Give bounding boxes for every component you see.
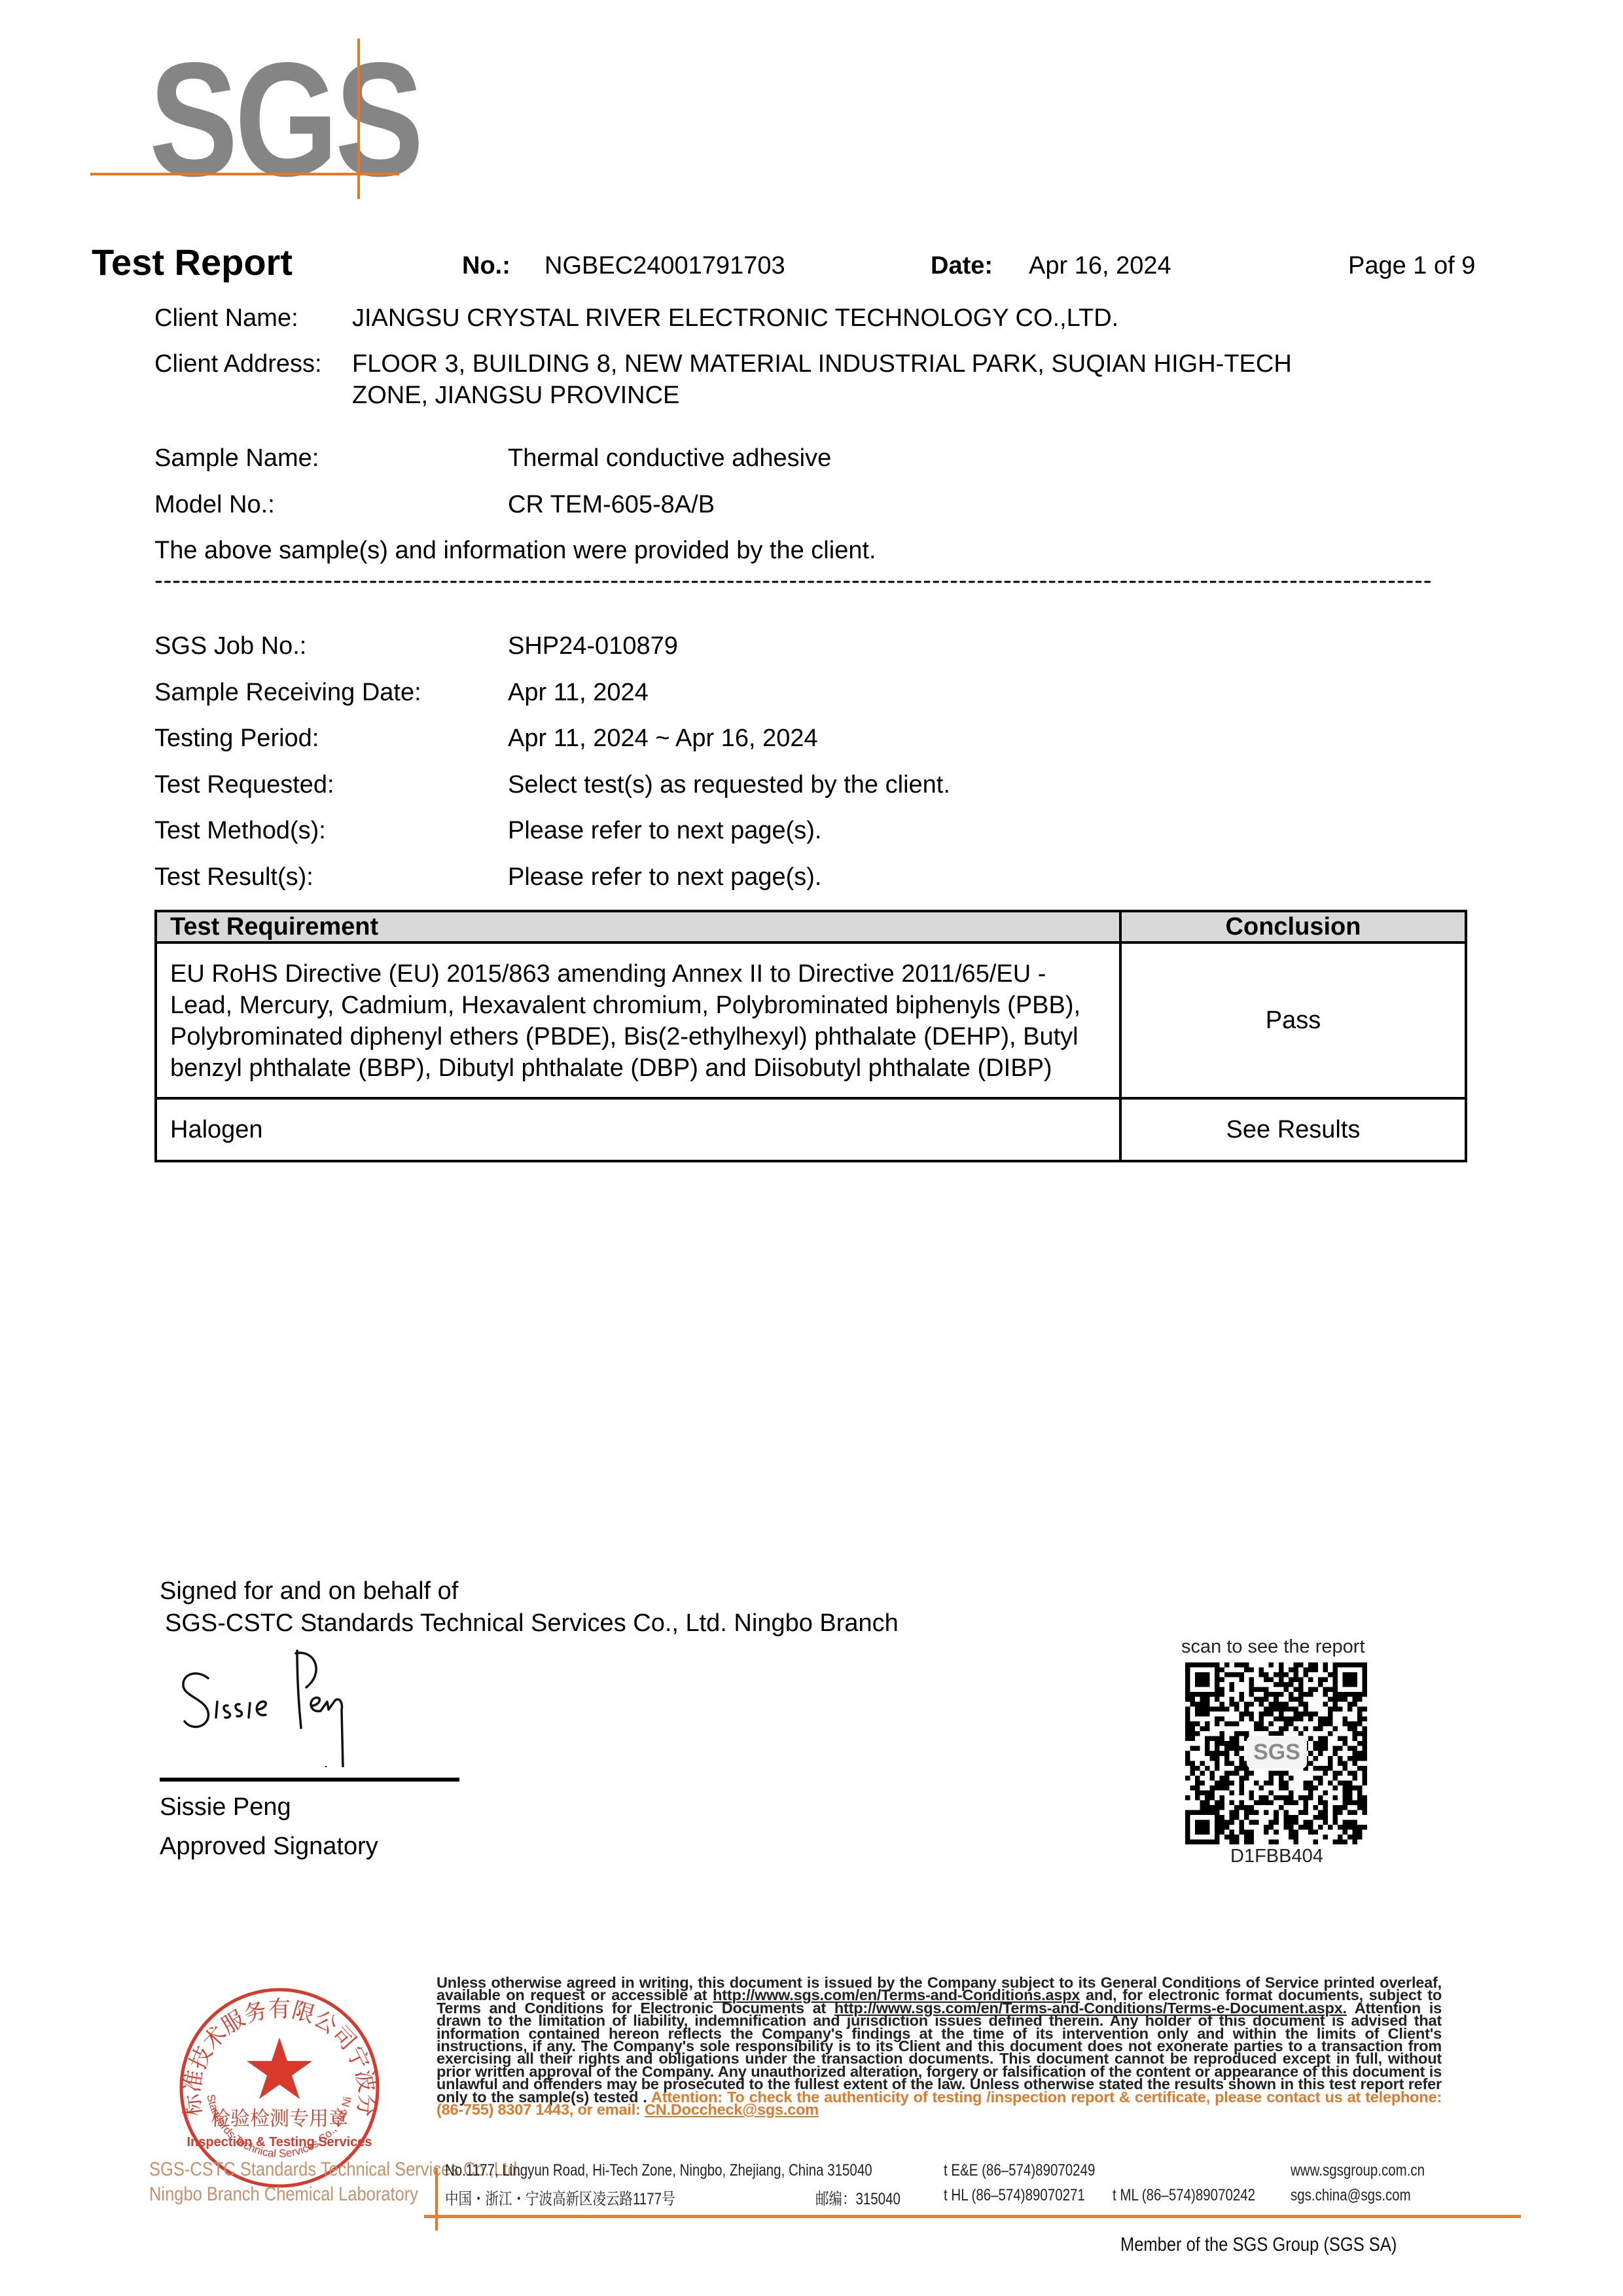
footer-website[interactable]: www.sgsgroup.com.cn xyxy=(1291,2161,1425,2180)
separator-dashes: ----------------------------------------… xyxy=(154,575,1433,586)
client-address-line2: ZONE, JIANGSU PROVINCE xyxy=(352,382,679,410)
receiving-date-label: Sample Receiving Date: xyxy=(154,679,421,707)
receiving-date-value: Apr 11, 2024 xyxy=(508,679,649,707)
logo-horizontal-rule xyxy=(90,173,399,175)
footer-tel-hl: t HL (86–574)89070271 xyxy=(944,2186,1085,2205)
requirement-cell: Halogen xyxy=(156,1098,1120,1161)
footer-tel-ml: t ML (86–574)89070242 xyxy=(1113,2186,1255,2205)
qr-label: scan to see the report xyxy=(1181,1636,1365,1658)
handwritten-signature xyxy=(177,1649,438,1767)
test-results-label: Test Result(s): xyxy=(154,863,313,891)
table-row: EU RoHS Directive (EU) 2015/863 amending… xyxy=(156,942,1466,1098)
report-date-label: Date: xyxy=(931,252,993,280)
model-no-value: CR TEM-605-8A/B xyxy=(508,491,715,519)
footer-horizontal-rule xyxy=(424,2215,1521,2218)
table-row: Halogen See Results xyxy=(156,1098,1466,1161)
test-requirement-table: Test Requirement Conclusion EU RoHS Dire… xyxy=(154,910,1467,1162)
test-methods-value: Please refer to next page(s). xyxy=(508,817,821,845)
sample-provided-note: The above sample(s) and information were… xyxy=(154,537,876,565)
client-address-label: Client Address: xyxy=(154,350,322,378)
footer-tel-ee: t E&E (86–574)89070249 xyxy=(944,2161,1095,2180)
signed-for-text: Signed for and on behalf of xyxy=(160,1577,458,1605)
test-methods-label: Test Method(s): xyxy=(154,817,326,845)
sample-name-value: Thermal conductive adhesive xyxy=(508,444,831,473)
footer-address-cn: 中国・浙江・宁波高新区凌云路1177号 xyxy=(445,2186,675,2210)
qr-verification-code: D1FBB404 xyxy=(1230,1846,1323,1867)
job-value: SHP24-010879 xyxy=(508,632,678,660)
signatory-name: Sissie Peng xyxy=(160,1793,291,1821)
logo-vertical-rule xyxy=(357,39,360,199)
lab-name-line2: Ningbo Branch Chemical Laboratory xyxy=(149,2183,418,2206)
report-no-label: No.: xyxy=(462,252,510,280)
page-indicator: Page 1 of 9 xyxy=(1348,252,1475,280)
requirement-cell: EU RoHS Directive (EU) 2015/863 amending… xyxy=(156,942,1120,1098)
sample-name-label: Sample Name: xyxy=(154,444,319,473)
signatory-title: Approved Signatory xyxy=(160,1833,378,1861)
footer-vertical-rule xyxy=(435,2168,438,2231)
svg-text:Inspection & Testing Services: Inspection & Testing Services xyxy=(187,2135,372,2149)
test-requested-label: Test Requested: xyxy=(154,771,334,799)
test-requested-value: Select test(s) as requested by the clien… xyxy=(508,771,950,799)
sgs-logo-text: SGS xyxy=(149,38,421,200)
legal-disclaimer: Unless otherwise agreed in writing, this… xyxy=(437,1977,1442,2116)
client-address-line1: FLOOR 3, BUILDING 8, NEW MATERIAL INDUST… xyxy=(352,350,1292,378)
signing-company: SGS-CSTC Standards Technical Services Co… xyxy=(165,1609,899,1638)
report-no-value: NGBEC24001791703 xyxy=(544,252,785,280)
doccheck-email-link[interactable]: CN.Doccheck@sgs.com xyxy=(645,2101,819,2118)
qr-sgs-badge: SGS xyxy=(1247,1736,1307,1768)
report-date-value: Apr 16, 2024 xyxy=(1029,252,1171,280)
table-header-row: Test Requirement Conclusion xyxy=(156,911,1466,942)
client-name-label: Client Name: xyxy=(154,304,298,332)
sgs-group-membership: Member of the SGS Group (SGS SA) xyxy=(1120,2234,1397,2256)
test-results-value: Please refer to next page(s). xyxy=(508,863,821,891)
column-header-requirement: Test Requirement xyxy=(156,911,1120,942)
report-title: Test Report xyxy=(92,241,293,283)
conclusion-cell: See Results xyxy=(1120,1098,1466,1161)
model-no-label: Model No.: xyxy=(154,491,275,519)
testing-period-label: Testing Period: xyxy=(154,725,319,753)
signature-line xyxy=(160,1778,459,1782)
job-label: SGS Job No.: xyxy=(154,632,306,660)
footer-email[interactable]: sgs.china@sgs.com xyxy=(1291,2186,1411,2205)
testing-period-value: Apr 11, 2024 ~ Apr 16, 2024 xyxy=(508,725,818,753)
column-header-conclusion: Conclusion xyxy=(1120,911,1466,942)
footer-postcode: 邮编：315040 xyxy=(815,2186,901,2210)
client-name-value: JIANGSU CRYSTAL RIVER ELECTRONIC TECHNOL… xyxy=(352,304,1118,332)
conclusion-cell: Pass xyxy=(1120,942,1466,1098)
footer-address-en: No.1177, Lingyun Road, Hi-Tech Zone, Nin… xyxy=(445,2161,872,2180)
